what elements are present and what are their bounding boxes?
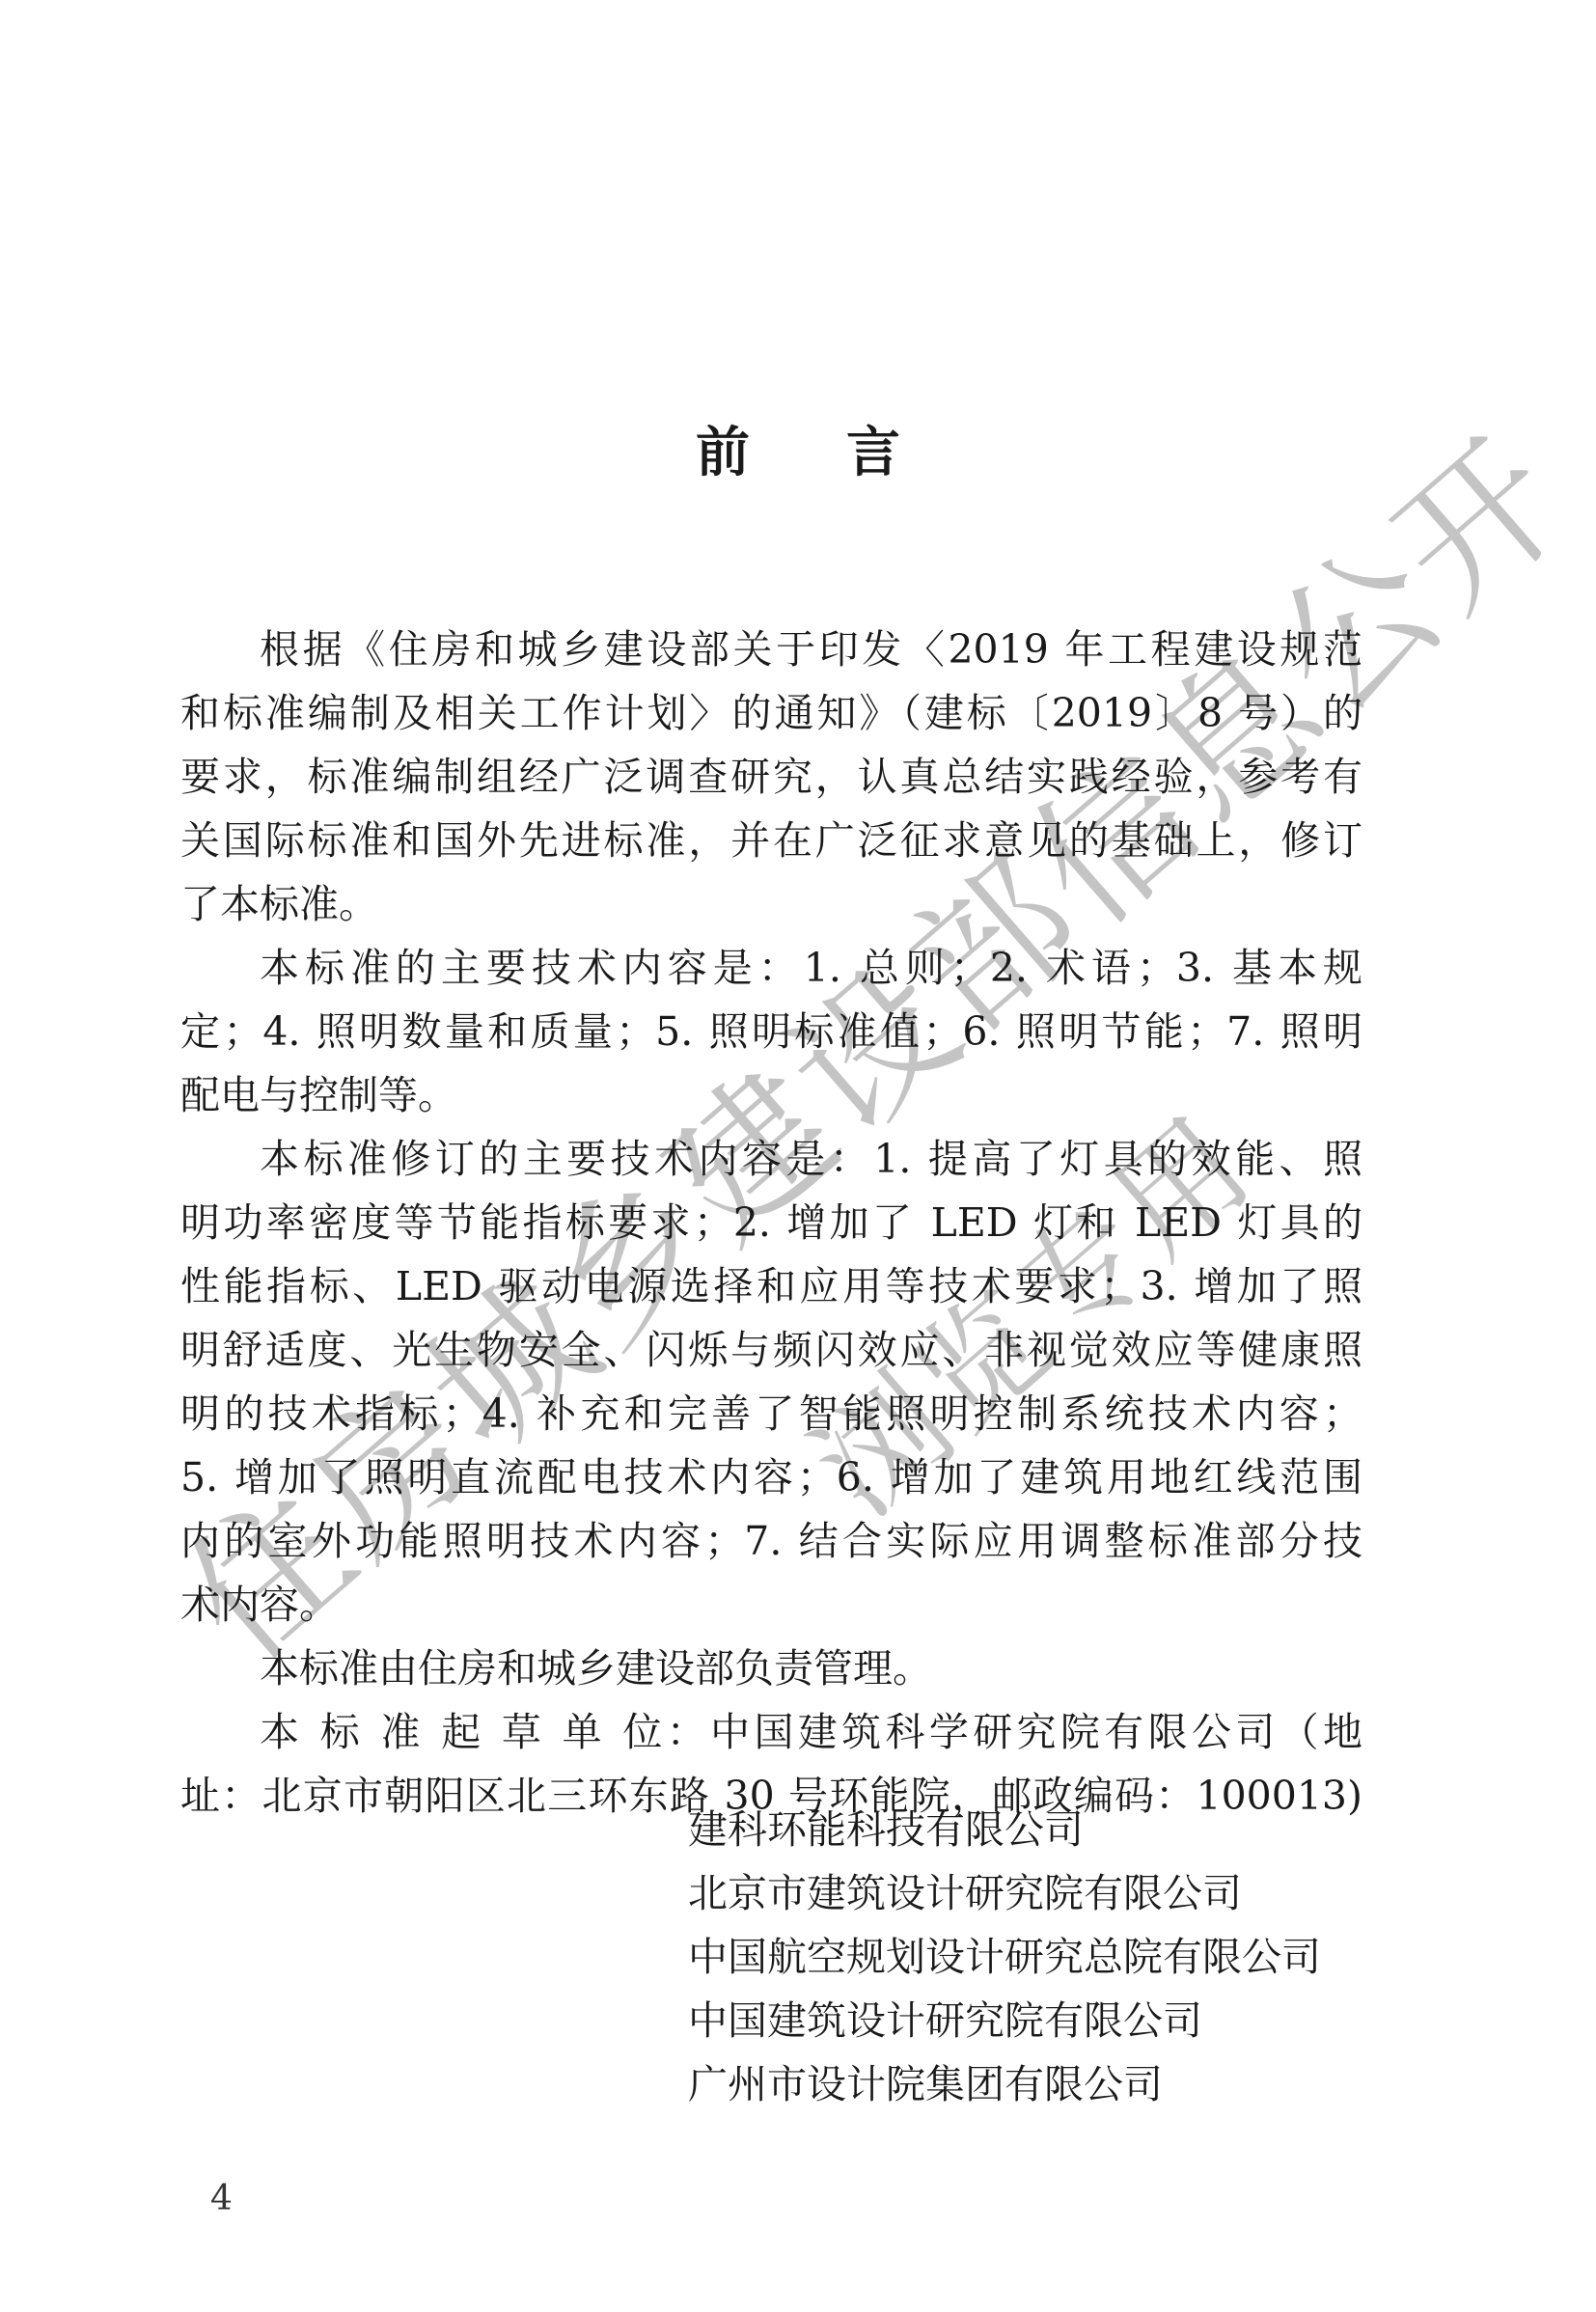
text-line: 内的室外功能照明技术内容；7. 结合实际应用调整标准部分技 bbox=[180, 1509, 1362, 1573]
text-line: 了本标准。 bbox=[180, 872, 1362, 936]
drafting-unit: 建科环能科技有限公司 bbox=[688, 1798, 1321, 1861]
text-line: 明舒适度、光生物安全、闪烁与频闪效应、非视觉效应等健康照 bbox=[180, 1318, 1362, 1382]
drafting-unit: 中国建筑设计研究院有限公司 bbox=[688, 1989, 1321, 2052]
text-line: 本标准由住房和城乡建设部负责管理。 bbox=[180, 1637, 1362, 1700]
page-number: 4 bbox=[210, 2179, 233, 2218]
paragraph-basis: 根据《住房和城乡建设部关于印发〈2019 年工程建设规范 和标准编制及相关工作计… bbox=[180, 618, 1362, 936]
text-line: 定；4. 照明数量和质量；5. 照明标准值；6. 照明节能；7. 照明 bbox=[180, 1000, 1362, 1063]
text-line: 术内容。 bbox=[180, 1573, 1362, 1637]
drafting-unit: 广州市设计院集团有限公司 bbox=[688, 2052, 1321, 2116]
paragraph-main-content: 本标准的主要技术内容是：1. 总则；2. 术语；3. 基本规 定；4. 照明数量… bbox=[180, 936, 1362, 1127]
text-line: 本标准修订的主要技术内容是：1. 提高了灯具的效能、照 bbox=[180, 1127, 1362, 1191]
title-char-1: 前 bbox=[696, 410, 750, 487]
text-line: 5. 增加了照明直流配电技术内容；6. 增加了建筑用地红线范围 bbox=[180, 1445, 1362, 1509]
text-line: 和标准编制及相关工作计划〉的通知》（建标〔2019〕8 号）的 bbox=[180, 681, 1362, 745]
paragraph-revision-content: 本标准修订的主要技术内容是：1. 提高了灯具的效能、照 明功率密度等节能指标要求… bbox=[180, 1127, 1362, 1637]
drafting-units-list: 建科环能科技有限公司 北京市建筑设计研究院有限公司 中国航空规划设计研究总院有限… bbox=[688, 1798, 1321, 2116]
preface-body: 根据《住房和城乡建设部关于印发〈2019 年工程建设规范 和标准编制及相关工作计… bbox=[180, 618, 1362, 1828]
text-line: 配电与控制等。 bbox=[180, 1063, 1362, 1127]
page-title: 前言 bbox=[0, 410, 1596, 487]
text-line: 本 标 准 起 草 单 位：中国建筑科学研究院有限公司（地 bbox=[180, 1700, 1362, 1764]
title-char-2: 言 bbox=[846, 410, 900, 487]
text-line: 根据《住房和城乡建设部关于印发〈2019 年工程建设规范 bbox=[180, 618, 1362, 681]
text-line: 关国际标准和国外先进标准，并在广泛征求意见的基础上，修订 bbox=[180, 809, 1362, 872]
text-line: 性能指标、LED 驱动电源选择和应用等技术要求；3. 增加了照 bbox=[180, 1254, 1362, 1318]
text-line: 本标准的主要技术内容是：1. 总则；2. 术语；3. 基本规 bbox=[180, 936, 1362, 1000]
drafting-unit: 北京市建筑设计研究院有限公司 bbox=[688, 1861, 1321, 1925]
text-line: 要求，标准编制组经广泛调查研究，认真总结实践经验，参考有 bbox=[180, 745, 1362, 809]
paragraph-management: 本标准由住房和城乡建设部负责管理。 bbox=[180, 1637, 1362, 1700]
text-line: 明功率密度等节能指标要求；2. 增加了 LED 灯和 LED 灯具的 bbox=[180, 1191, 1362, 1254]
document-page: 住房城乡建设部信息公开 浏览专用 前言 根据《住房和城乡建设部关于印发〈2019… bbox=[0, 0, 1596, 2312]
drafting-unit: 中国航空规划设计研究总院有限公司 bbox=[688, 1925, 1321, 1989]
text-line: 明的技术指标；4. 补充和完善了智能照明控制系统技术内容； bbox=[180, 1382, 1362, 1445]
